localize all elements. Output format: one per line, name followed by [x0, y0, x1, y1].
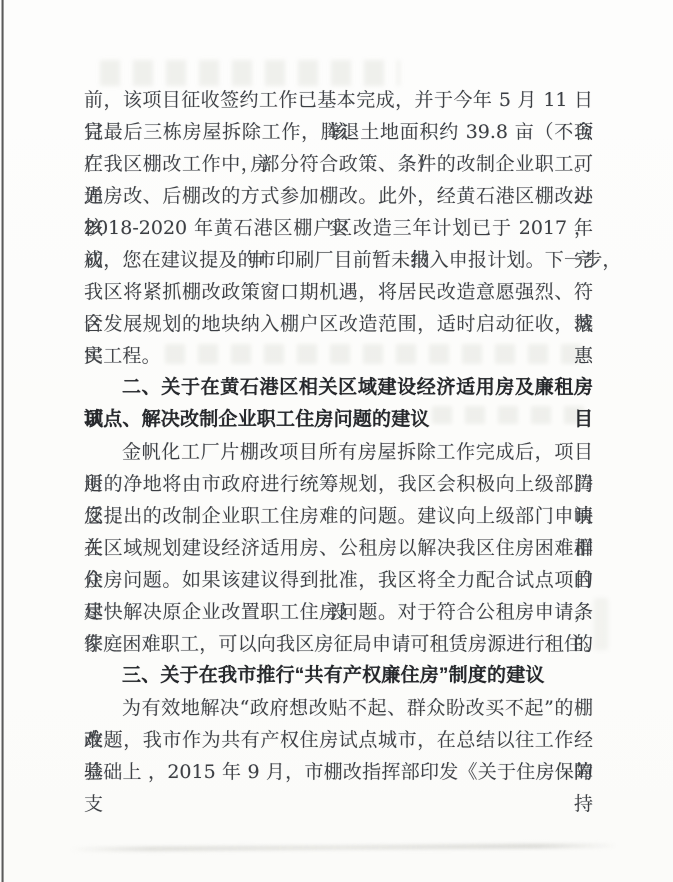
document-line: 区发展规划的地块纳入棚户区改造范围，适时启动征收，落实惠: [84, 308, 593, 340]
document-line: 您提出的改制企业职工住房难的问题。建议向上级部门申请在相: [84, 500, 593, 532]
document-line: 金帆化工厂片棚改项目所有房屋拆除工作完成后，项目所腾: [84, 436, 593, 468]
document-line: 住房问题。如果该建议得到批准，我区将全力配合试点项目建设，: [84, 564, 593, 596]
document-line: 关区域规划建设经济适用房、公租房以解决我区住房困难群众的: [84, 532, 593, 564]
document-page: 前，该项目征收签约工作已基本完成，并于今年 5 月 11 日完该项 目最后三栋房…: [0, 0, 673, 882]
document-text-block: 前，该项目征收签约工作已基本完成，并于今年 5 月 11 日完该项 目最后三栋房…: [84, 84, 593, 788]
document-line: 退的净地将由市政府进行统筹规划，我区会积极向上级部门反映: [84, 468, 593, 500]
scan-edge-shadow: [1, 0, 4, 882]
scan-smudge-artifact: [70, 843, 618, 852]
document-line: 在我区棚改工作中，部分符合政策、条件的改制企业职工可通过: [84, 148, 593, 180]
document-line: 尽快解决原企业改置职工住房问题。对于符合公租房申请条件的: [84, 596, 593, 628]
document-line: 2018-2020 年黄石港区棚户区改造三年计划已于 2017 年初申报完: [84, 212, 593, 244]
document-line: 成，您在建议提及的市印刷厂目前暂未纳入申报计划。下一步，: [84, 244, 593, 276]
document-line: 目最后三栋房屋拆除工作，腾退土地面积约 39.8 亩（不含厂房）。: [84, 116, 593, 148]
bleed-through-artifact: [100, 60, 400, 86]
document-line: 难题，我市作为共有产权住房试点城市，在总结以往工作经验的: [84, 724, 593, 756]
document-line: 家庭困难职工，可以向我区房征局申请可租赁房源进行租住。: [84, 628, 593, 660]
document-line: 为有效地解决“政府想改贴不起、群众盼改买不起”的棚改: [84, 692, 593, 724]
document-line: 我区将紧抓棚改政策窗口期机遇，将居民改造意愿强烈、符合城: [84, 276, 593, 308]
section-heading: 三、关于在我市推行“共有产权廉住房”制度的建议: [84, 660, 593, 692]
document-line: 前，该项目征收签约工作已基本完成，并于今年 5 月 11 日完该项: [84, 84, 593, 116]
document-line: 先房改、后棚改的方式参加棚改。此外，经黄石港区棚改办核实，: [84, 180, 593, 212]
document-line: 基础上 ，2015 年 9 月，市棚改指挥部印发《关于住房保障支持: [84, 756, 593, 788]
section-heading: 二、关于在黄石港区相关区域建设经济适用房及廉租房项目: [84, 372, 593, 404]
